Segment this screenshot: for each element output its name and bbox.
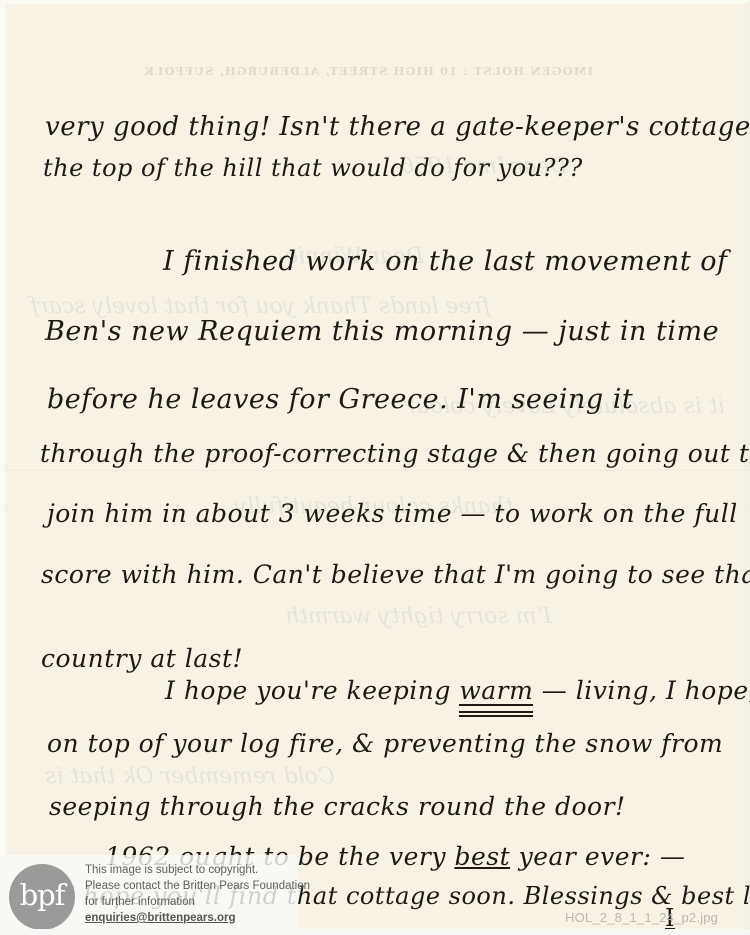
- letter-line-8: score with him. Can't believe that I'm g…: [41, 560, 750, 589]
- letterhead-show-through: IMOGEN HOLST : 10 HIGH STREET, ALDEBURGH…: [167, 64, 593, 78]
- letter-line-1: very good thing! Isn't there a gate-keep…: [45, 112, 750, 142]
- letter-line-10: I hope you're keeping warm — living, I h…: [165, 676, 750, 705]
- letter-page: IMOGEN HOLST : 10 HIGH STREET, ALDEBURGH…: [0, 0, 750, 935]
- underlined-emphasis-best: best: [454, 842, 510, 871]
- letter-line-4: Ben's new Requiem this morning — just in…: [45, 316, 719, 347]
- line-text-after: — living, I hope,: [542, 676, 750, 705]
- contact-email-link[interactable]: enquiries@brittenpears.org: [85, 910, 310, 926]
- letter-line-12: seeping through the cracks round the doo…: [49, 792, 626, 821]
- line-text-after: year ever: —: [519, 842, 686, 871]
- bpf-logo: bpf: [9, 864, 75, 930]
- bpf-logo-text: bpf: [20, 878, 65, 912]
- copyright-line-3: for further information: [85, 894, 310, 910]
- bottom-margin-strip: [0, 929, 750, 935]
- reverse-bleed-text: Cold remember Ok that is: [45, 764, 335, 789]
- file-name-label: HOL_2_8_1_1_24_p2.jpg: [565, 910, 718, 925]
- copyright-line-2: Please contact the Britten Pears Foundat…: [85, 878, 310, 894]
- letter-line-3: I finished work on the last movement of: [163, 246, 728, 277]
- letter-line-2: the top of the hill that would do for yo…: [43, 154, 583, 182]
- underlined-emphasis-warm: warm: [459, 676, 533, 705]
- reverse-bleed-text: I'm sorry tighty warmth: [285, 604, 551, 629]
- line-text-after: that cottage soon. Blessings & best love…: [287, 882, 750, 910]
- letter-line-11: on top of your log fire, & preventing th…: [47, 729, 723, 758]
- letter-line-9: country at last!: [41, 644, 243, 673]
- letter-line-6: through the proof-correcting stage & the…: [40, 439, 750, 468]
- letter-line-7: join him in about 3 weeks time — to work…: [47, 499, 738, 528]
- paper-fold-line: [5, 470, 750, 472]
- copyright-line-1: This image is subject to copyright.: [85, 862, 310, 878]
- letter-line-5: before he leaves for Greece. I'm seeing …: [47, 384, 633, 415]
- line-text-before: I hope you're keeping: [165, 676, 451, 705]
- copyright-notice: This image is subject to copyright. Plea…: [85, 862, 310, 926]
